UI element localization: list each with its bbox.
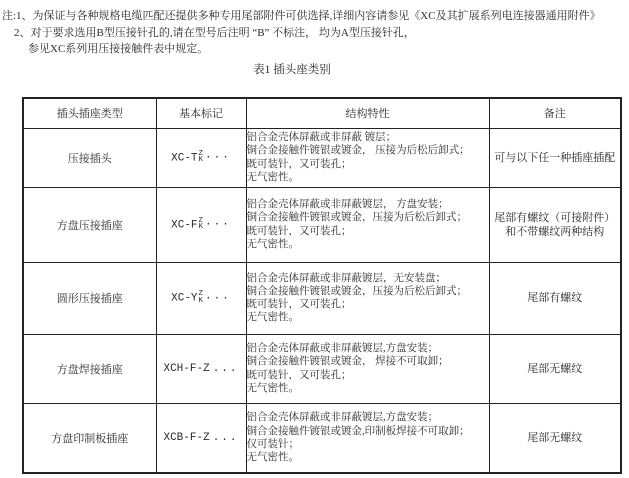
header-row: 插头插座类型 基本标记 结构特性 备注 (23, 98, 621, 128)
table-row: 方盘压接插座 XC-FZK··· 铝合金壳体屏蔽或非屏蔽镀层， 方盘安装； 铜合… (23, 187, 621, 262)
cell-remark: 尾部有螺纹（可接附件）和不带螺纹两种结构 (489, 187, 621, 262)
cell-features: 铝合金壳体屏蔽或非屏蔽镀层,方盘安装； 铜合金接触件镀银或镀金,印制板焊接不可取… (246, 403, 489, 473)
cell-marking: XCB-F-Z... (156, 403, 246, 473)
feature-line: 铜合金接触件镀银或镀金， 焊接不可取卸； (247, 355, 489, 368)
marking-suffix: ··· (205, 219, 231, 231)
cell-marking: XC-YZK··· (156, 262, 246, 334)
feature-line: 既可装针，又可装孔； (247, 225, 489, 238)
table-row: 压接插头 XC-TZK··· 铝合金壳体屏蔽或非屏蔽 镀层； 铜合金接触件镀银或… (23, 128, 621, 187)
note-line-1: 注:1、为保证与各种规格电缆匹配还提供多种专用尾部附件可供选择,详细内容请参见《… (2, 8, 601, 24)
document-page: 注:1、为保证与各种规格电缆匹配还提供多种专用尾部附件可供选择,详细内容请参见《… (0, 0, 629, 478)
feature-line: 无气密性。 (247, 382, 489, 395)
feature-line: 既可装针，又可装孔； (247, 298, 489, 311)
col-header-features: 结构特性 (246, 98, 489, 128)
marking-prefix: XCH-F-Z (163, 363, 209, 375)
cell-type: 方盘焊接插座 (23, 334, 156, 403)
cell-marking: XCH-F-Z... (156, 334, 246, 403)
feature-line: 仅可装针； (247, 438, 489, 451)
cell-marking: XC-FZK··· (156, 187, 246, 262)
feature-line: 无气密性。 (247, 238, 489, 251)
table-row: 圆形压接插座 XC-YZK··· 铝合金壳体屏蔽或非屏蔽镀层，无安装盘； 铜合金… (23, 262, 621, 334)
feature-line: 无气密性。 (247, 171, 489, 184)
marking-stack: ZK (199, 218, 204, 232)
marking-prefix: XCB-F-Z (163, 432, 209, 444)
marking-bottom: K (199, 298, 204, 305)
marking-stack: ZK (199, 291, 204, 305)
cell-features: 铝合金壳体屏蔽或非屏蔽镀层，无安装盘； 铜合金接触件镀银或镀金，压接为后松后卸式… (246, 262, 489, 334)
cell-marking: XC-TZK··· (156, 128, 246, 187)
cell-type: 方盘压接插座 (23, 187, 156, 262)
cell-remark: 可与以下任一种插座插配 (489, 128, 621, 187)
feature-line: 无气密性。 (247, 451, 489, 464)
marking-prefix: XC-Y (171, 293, 197, 305)
feature-line: 无气密性。 (247, 311, 489, 324)
cell-remark: 尾部有螺纹 (489, 262, 621, 334)
feature-line: 铝合金壳体屏蔽或非屏蔽镀层,方盘安装； (247, 342, 489, 355)
marking-prefix: XC-T (171, 152, 197, 164)
feature-line: 铝合金壳体屏蔽或非屏蔽 镀层； (247, 131, 489, 144)
cell-features: 铝合金壳体屏蔽或非屏蔽 镀层； 铜合金接触件镀银或镀金， 压接为后松后卸式； 既… (246, 128, 489, 187)
marking-suffix: ··· (205, 152, 231, 164)
cell-features: 铝合金壳体屏蔽或非屏蔽镀层,方盘安装； 铜合金接触件镀银或镀金， 焊接不可取卸；… (246, 334, 489, 403)
note-line-2: 2、对于要求选用B型压接针孔的,请在型号后注明 “B” 不标注， 均为A型压接针… (14, 25, 415, 41)
table-title: 表1 插头座类别 (22, 63, 562, 78)
col-header-type: 插头插座类型 (23, 98, 156, 128)
cell-type: 圆形压接插座 (23, 262, 156, 334)
cell-type: 压接插头 (23, 128, 156, 187)
marking-prefix: XC-F (171, 219, 197, 231)
col-header-remark: 备注 (489, 98, 621, 128)
table-row: 方盘印制板插座 XCB-F-Z... 铝合金壳体屏蔽或非屏蔽镀层,方盘安装； 铜… (23, 403, 621, 473)
feature-line: 铝合金壳体屏蔽或非屏蔽镀层，无安装盘； (247, 272, 489, 285)
marking-bottom: K (199, 157, 204, 164)
col-header-marking: 基本标记 (156, 98, 246, 128)
connector-category-table: 插头插座类型 基本标记 结构特性 备注 压接插头 XC-TZK··· 铝合金壳体… (22, 97, 622, 474)
feature-line: 铝合金壳体屏蔽或非屏蔽镀层， 方盘安装； (247, 198, 489, 211)
cell-remark: 尾部无螺纹 (489, 334, 621, 403)
marking-stack: ZK (199, 151, 204, 165)
marking-bottom: K (199, 224, 204, 231)
cell-type: 方盘印制板插座 (23, 403, 156, 473)
feature-line: 铜合金接触件镀银或镀金， 压接为后松后卸式； (247, 144, 489, 157)
marking-suffix: ··· (205, 293, 231, 305)
cell-features: 铝合金壳体屏蔽或非屏蔽镀层， 方盘安装； 铜合金接触件镀银或镀金，压接为后松后卸… (246, 187, 489, 262)
note-line-3: 参见XC系列用压接接触件表中规定。 (28, 41, 208, 57)
feature-line: 铜合金接触件镀银或镀金，压接为后松后卸式； (247, 285, 489, 298)
feature-line: 铜合金接触件镀银或镀金，压接为后松后卸式； (247, 211, 489, 224)
table-row: 方盘焊接插座 XCH-F-Z... 铝合金壳体屏蔽或非屏蔽镀层,方盘安装； 铜合… (23, 334, 621, 403)
marking-suffix: ... (213, 363, 239, 375)
cell-remark: 尾部无螺纹 (489, 403, 621, 473)
feature-line: 既可装针，又可装孔； (247, 158, 489, 171)
feature-line: 既可装针，又可装孔； (247, 369, 489, 382)
marking-suffix: ... (213, 432, 239, 444)
feature-line: 铜合金接触件镀银或镀金,印制板焊接不可取卸； (247, 425, 489, 438)
feature-line: 铝合金壳体屏蔽或非屏蔽镀层,方盘安装； (247, 411, 489, 424)
